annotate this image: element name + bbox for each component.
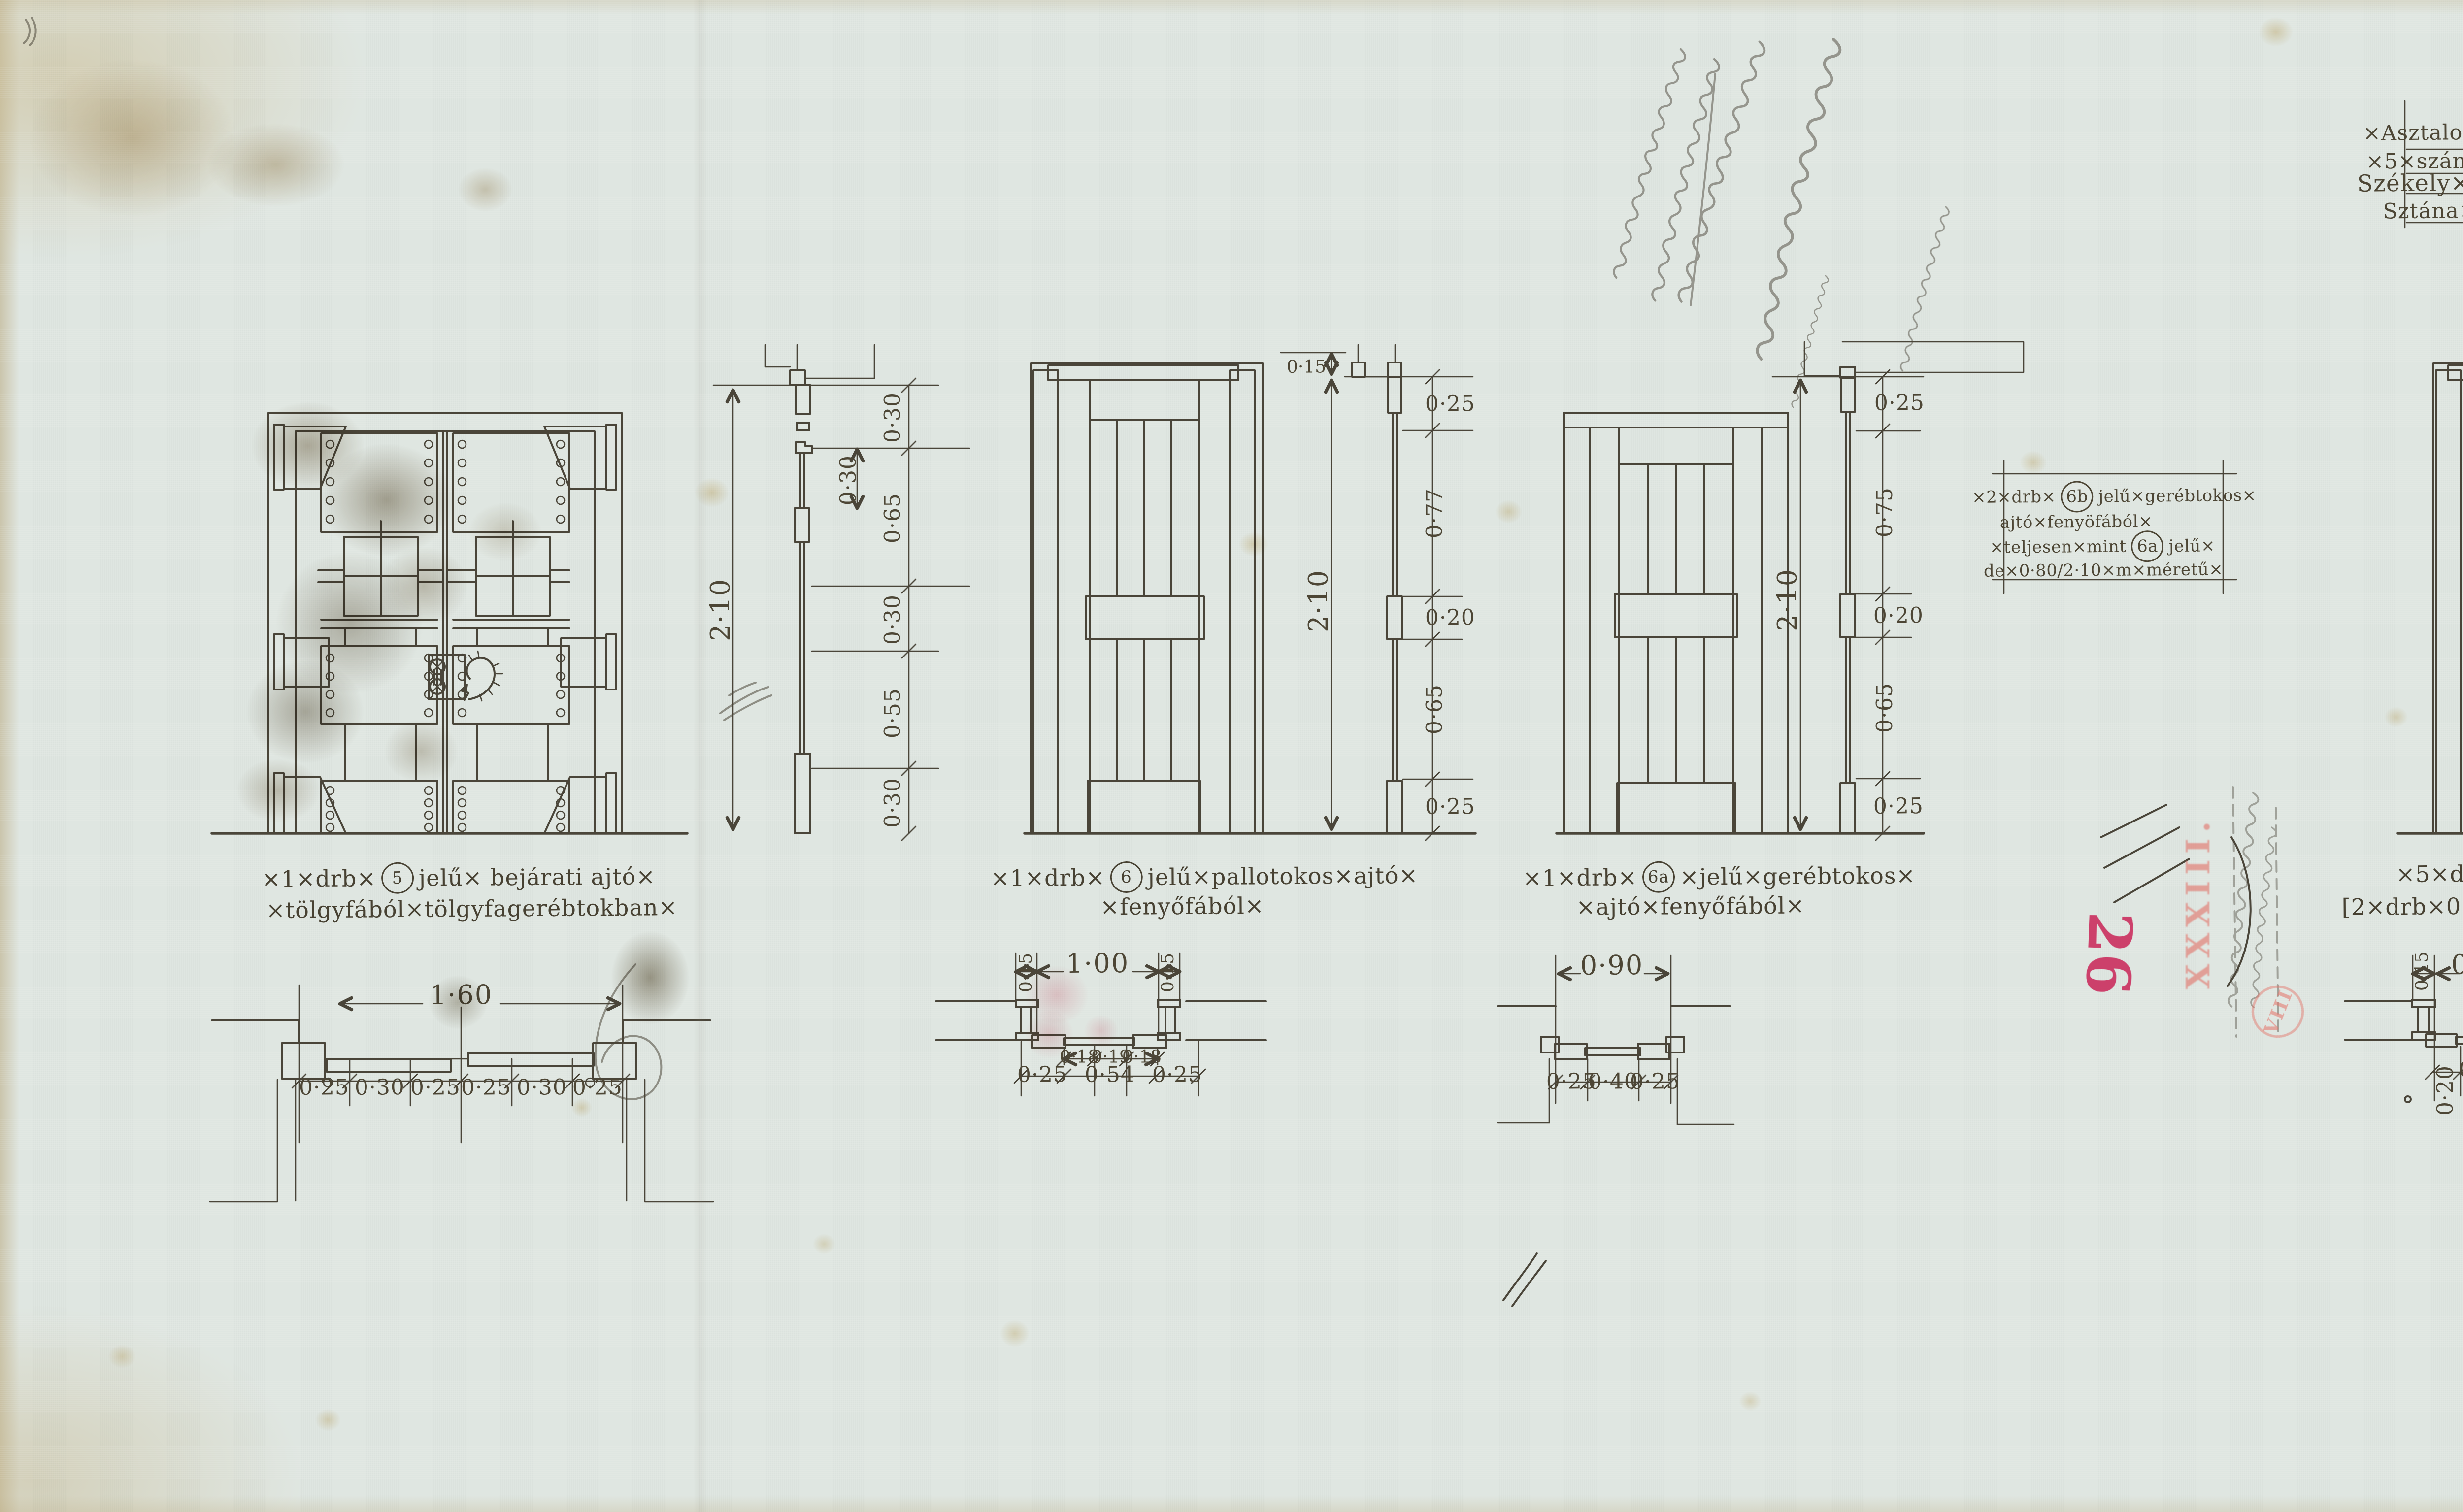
dim: 0·30 xyxy=(517,1075,567,1100)
dim: 0·25 xyxy=(1630,1069,1680,1094)
caption-door-6a: ×1×drb×6a×jelű×gerébtokos× xyxy=(1523,859,1916,894)
caption-door-6: ×1×drb×6jelű×pallotokos×ajtó× xyxy=(991,859,1419,894)
dim: 0·30 xyxy=(880,778,905,828)
caption-door-5-line2: ×tölgyfából×tölgyfagerébtokban× xyxy=(266,894,678,923)
mark-6b: 6b xyxy=(2061,481,2093,512)
dim: 0·25 xyxy=(1152,1062,1202,1087)
caption-door-7-line2: [2×drb×0·15·ös×falba×3×drb×rabitz×falba] xyxy=(2341,890,2463,920)
dim: 0·15 xyxy=(1016,953,1036,992)
mark-6: 6 xyxy=(1110,861,1142,893)
mark-6a: 6a xyxy=(2131,530,2163,562)
caption-door-6-line2: ×fenyőfából× xyxy=(1100,892,1264,920)
dim: 0·54 xyxy=(1085,1062,1135,1087)
dim: 2·10 xyxy=(705,578,736,641)
caption-door-7: ×5×drb×7jelű×pallótokos×ajtó× xyxy=(2396,855,2463,890)
dim: 2·10 xyxy=(1303,569,1334,632)
dim: 0·30 xyxy=(880,393,905,443)
dim: 0·25 xyxy=(572,1075,623,1100)
note-6b-line-3: ×teljesen×mint6ajelű× xyxy=(1990,530,2215,563)
dim: 0·25 xyxy=(1425,794,1475,820)
mark-6a: 6a xyxy=(1642,861,1675,893)
note-6b-line-1: ×2×drb×6bjelű×gerébtokos× xyxy=(1972,480,2257,513)
dim: 0·25 xyxy=(1017,1062,1067,1087)
caption-door-5: ×1×drb×5jelű× bejárati ajtó× xyxy=(262,860,656,895)
dim: 0·25 xyxy=(1425,391,1475,417)
dim: 0·90 xyxy=(1580,950,1644,981)
round-stamp: VIII xyxy=(2244,978,2311,1045)
dim: 0·65 xyxy=(1422,684,1447,734)
dim: 1·00 xyxy=(1066,948,1130,979)
note-6b-line-4: de×0·80/2·10×m×méretű× xyxy=(1984,559,2224,581)
dim: 0·20 xyxy=(1873,603,1924,628)
dim: 0·15 xyxy=(1158,953,1178,992)
dim: 1·60 xyxy=(430,979,493,1011)
dim: 0·25 xyxy=(1874,390,1925,416)
dim: 0·25 xyxy=(461,1075,511,1100)
dim: 0·55 xyxy=(880,688,905,738)
dim: 0·34 xyxy=(2459,1057,2463,1083)
labels-layer: ×Asztalos×munka×megrendelés× ×5×számú×ré… xyxy=(0,0,2463,1512)
dim: 2·10 xyxy=(1772,568,1803,631)
dim: 0·77 xyxy=(1422,488,1447,538)
title-line-1: ×Asztalos×munka×megrendelés× xyxy=(2363,118,2463,145)
dim: 0·15 xyxy=(1287,357,1326,377)
caption-door-6a-line2: ×ajtó×fenyőfából× xyxy=(1576,892,1805,920)
dim: 0·75 xyxy=(1872,487,1897,537)
dim: 0·30 xyxy=(355,1075,405,1100)
red-roman-numeral: XXXIII. xyxy=(2179,815,2217,989)
dim: 0·20 xyxy=(2433,1065,2458,1116)
title-line-4: Sztána×911×november×hó Kós Károly s.k. xyxy=(2383,196,2463,224)
red-archive-number: 26 xyxy=(2072,911,2146,997)
title-line-3: Székely×Nemzeti×Muzeum×Pince× xyxy=(2357,167,2463,197)
dim: 0·25 xyxy=(1873,793,1924,819)
dim: 0·30 xyxy=(880,594,905,645)
drawing-sheet: ×Asztalos×munka×megrendelés× ×5×számú×ré… xyxy=(0,0,2463,1512)
dim: 0·25 xyxy=(410,1075,461,1100)
dim: 0·15 xyxy=(2412,952,2432,991)
mark-5: 5 xyxy=(381,862,414,894)
dim: 0·20 xyxy=(1425,605,1475,630)
dim: 0·30 xyxy=(836,455,861,505)
dim: 0·70 xyxy=(2451,949,2463,980)
note-6b-line-2: ajtó×fenyöfából× xyxy=(2000,512,2153,532)
dim: 0·25 xyxy=(299,1075,349,1100)
dim: 0·65 xyxy=(880,493,905,543)
dim: 0·65 xyxy=(1872,683,1897,733)
